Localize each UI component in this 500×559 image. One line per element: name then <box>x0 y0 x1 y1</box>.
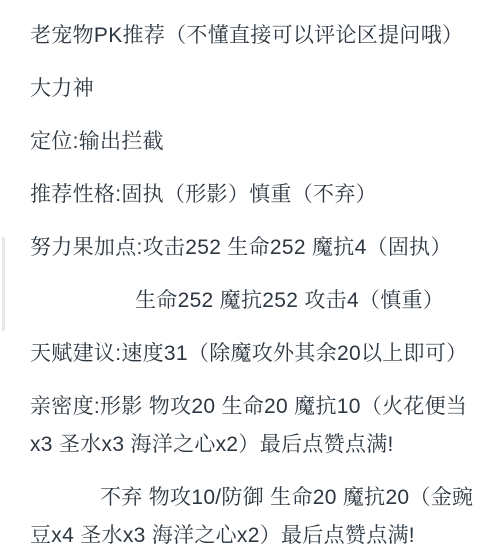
article-page: 老宠物PK推荐（不懂直接可以评论区提问哦）大力神定位:输出拦截推荐性格:固执（形… <box>0 0 500 559</box>
text-line: 不弃 物攻10/防御 生命20 魔抗20（金豌 <box>30 479 474 517</box>
text-line: 生命252 魔抗252 攻击4（慎重） <box>30 282 474 320</box>
article-content: 老宠物PK推荐（不懂直接可以评论区提问哦）大力神定位:输出拦截推荐性格:固执（形… <box>0 0 500 555</box>
text-line: 努力果加点:攻击252 生命252 魔抗4（固执） <box>30 229 474 267</box>
text-line: 豆x4 圣水x3 海洋之心x2）最后点赞点满! <box>30 517 474 555</box>
text-line: x3 圣水x3 海洋之心x2）最后点赞点满! <box>30 426 474 464</box>
text-line: 推荐性格:固执（形影）慎重（不弃） <box>30 176 474 214</box>
text-line: 定位:输出拦截 <box>30 123 474 161</box>
text-line: 大力神 <box>30 70 474 108</box>
text-line: 天赋建议:速度31（除魔攻外其余20以上即可） <box>30 335 474 373</box>
text-line: 亲密度:形影 物攻20 生命20 魔抗10（火花便当 <box>30 388 474 426</box>
text-line: 老宠物PK推荐（不懂直接可以评论区提问哦） <box>30 17 474 55</box>
